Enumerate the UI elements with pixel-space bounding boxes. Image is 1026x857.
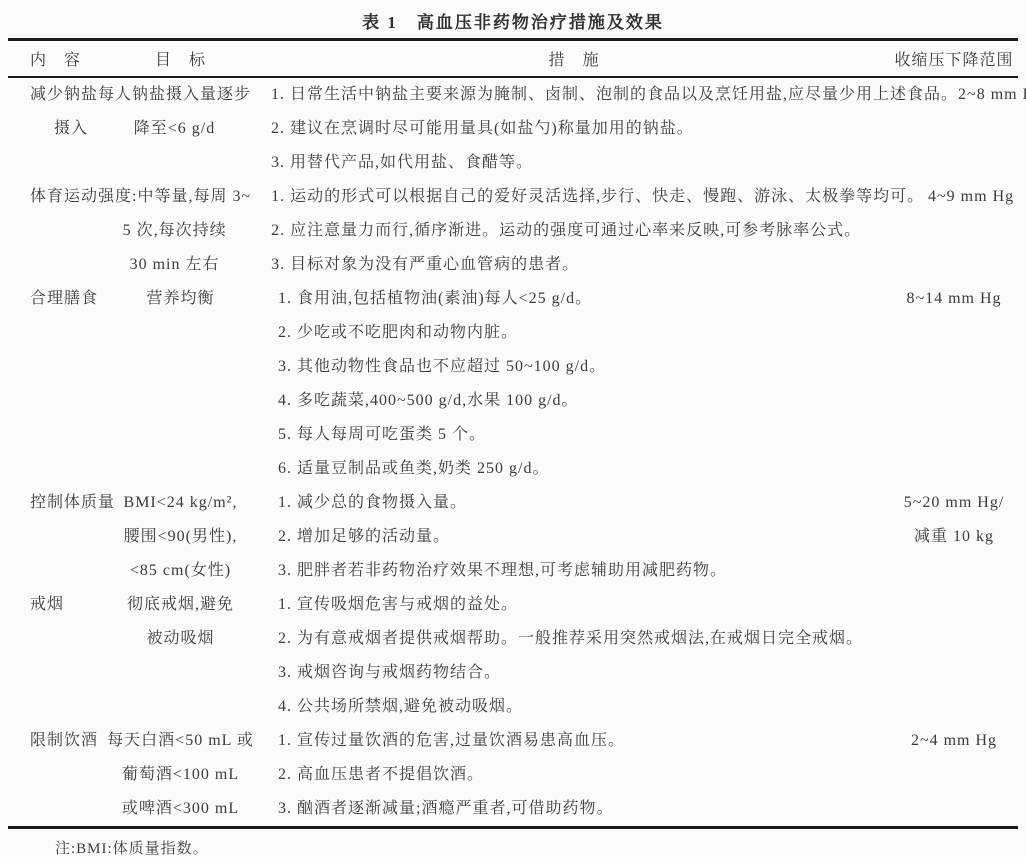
- measure-line: 3. 目标对象为没有严重心血管病的患者。: [251, 248, 924, 282]
- table-row: 限制饮酒每天白酒<50 mL 或葡萄酒<100 mL或啤酒<300 mL1. 宣…: [8, 724, 1018, 826]
- target-line: 5 次,每次持续: [98, 214, 251, 248]
- content-cell: 戒烟: [8, 588, 103, 724]
- header-content: 内 容: [8, 47, 103, 70]
- footnote: 注:BMI:体质量指数。: [0, 829, 1026, 857]
- measure-line: 1. 减少总的食物摄入量。: [258, 486, 890, 520]
- range-cell: 4~9 mm Hg: [924, 180, 1018, 282]
- measure-line: 3. 其他动物性食品也不应超过 50~100 g/d。: [258, 350, 890, 384]
- table-row: 戒烟彻底戒烟,避免被动吸烟1. 宣传吸烟危害与戒烟的益处。2. 为有意戒烟者提供…: [8, 588, 1018, 724]
- content-cell: 限制饮酒: [8, 724, 103, 826]
- target-line: 彻底戒烟,避免: [103, 588, 258, 622]
- measure-line: 1. 日常生活中钠盐主要来源为腌制、卤制、泡制的食品以及烹饪用盐,应尽量少用上述…: [251, 78, 958, 112]
- content-line: 限制饮酒: [20, 724, 103, 758]
- table-row: 体育运动强度:中等量,每周 3~5 次,每次持续30 min 左右1. 运动的形…: [8, 180, 1018, 282]
- measure-line: 2. 高血压患者不提倡饮酒。: [258, 758, 890, 792]
- content-line: 减少钠盐: [20, 78, 98, 112]
- measure-line: 3. 用替代产品,如代用盐、食醋等。: [251, 146, 958, 180]
- measures-cell: 1. 减少总的食物摄入量。2. 增加足够的活动量。3. 肥胖者若非药物治疗效果不…: [258, 486, 890, 588]
- table-row: 减少钠盐摄入每人钠盐摄入量逐步降至<6 g/d1. 日常生活中钠盐主要来源为腌制…: [8, 78, 1018, 180]
- measure-line: 2. 少吃或不吃肥肉和动物内脏。: [258, 316, 890, 350]
- table-row: 控制体质量BMI<24 kg/m²,腰围<90(男性),<85 cm(女性)1.…: [8, 486, 1018, 588]
- target-cell: 每人钠盐摄入量逐步降至<6 g/d: [98, 78, 251, 180]
- measures-cell: 1. 宣传吸烟危害与戒烟的益处。2. 为有意戒烟者提供戒烟帮助。一般推荐采用突然…: [258, 588, 890, 724]
- range-cell: [890, 588, 1018, 724]
- table-caption: 表 1 高血压非药物治疗措施及效果: [0, 0, 1026, 38]
- measure-line: 2. 增加足够的活动量。: [258, 520, 890, 554]
- header-range: 收缩压下降范围: [890, 47, 1018, 70]
- target-line: 或啤酒<300 mL: [103, 792, 258, 826]
- table-body: 减少钠盐摄入每人钠盐摄入量逐步降至<6 g/d1. 日常生活中钠盐主要来源为腌制…: [8, 78, 1018, 826]
- measure-line: 4. 公共场所禁烟,避免被动吸烟。: [258, 690, 890, 724]
- range-cell: 2~4 mm Hg: [890, 724, 1018, 826]
- measure-line: 3. 肥胖者若非药物治疗效果不理想,可考虑辅助用减肥药物。: [258, 554, 890, 588]
- target-line: 每天白酒<50 mL 或: [103, 724, 258, 758]
- range-line: 4~9 mm Hg: [924, 180, 1018, 214]
- target-line: 降至<6 g/d: [98, 112, 251, 146]
- range-line: 8~14 mm Hg: [890, 282, 1018, 316]
- table-row: 合理膳食营养均衡1. 食用油,包括植物油(素油)每人<25 g/d。2. 少吃或…: [8, 282, 1018, 486]
- range-line: 2~4 mm Hg: [890, 724, 1018, 758]
- hypertension-table: 内 容 目 标 措 施 收缩压下降范围 减少钠盐摄入每人钠盐摄入量逐步降至<6 …: [8, 38, 1018, 826]
- range-line: 5~20 mm Hg/: [890, 486, 1018, 520]
- target-line: 营养均衡: [103, 282, 258, 316]
- header-measures: 措 施: [258, 47, 890, 70]
- content-cell: 减少钠盐摄入: [8, 78, 98, 180]
- header-target: 目 标: [103, 47, 258, 70]
- target-cell: 强度:中等量,每周 3~5 次,每次持续30 min 左右: [98, 180, 251, 282]
- measures-cell: 1. 运动的形式可以根据自己的爱好灵活选择,步行、快走、慢跑、游泳、太极拳等均可…: [251, 180, 924, 282]
- content-line: 摄入: [20, 112, 98, 146]
- target-cell: 每天白酒<50 mL 或葡萄酒<100 mL或啤酒<300 mL: [103, 724, 258, 826]
- target-line: 被动吸烟: [103, 622, 258, 656]
- measure-line: 2. 建议在烹调时尽可能用量具(如盐勺)称量加用的钠盐。: [251, 112, 958, 146]
- measure-line: 1. 食用油,包括植物油(素油)每人<25 g/d。: [258, 282, 890, 316]
- measure-line: 4. 多吃蔬菜,400~500 g/d,水果 100 g/d。: [258, 384, 890, 418]
- content-cell: 控制体质量: [8, 486, 103, 588]
- target-cell: BMI<24 kg/m²,腰围<90(男性),<85 cm(女性): [103, 486, 258, 588]
- content-line: 体育运动: [20, 180, 98, 214]
- measure-line: 1. 宣传过量饮酒的危害,过量饮酒易患高血压。: [258, 724, 890, 758]
- measure-line: 2. 应注意量力而行,循序渐进。运动的强度可通过心率来反映,可参考脉率公式。: [251, 214, 924, 248]
- measure-line: 1. 宣传吸烟危害与戒烟的益处。: [258, 588, 890, 622]
- measures-cell: 1. 宣传过量饮酒的危害,过量饮酒易患高血压。2. 高血压患者不提倡饮酒。3. …: [258, 724, 890, 826]
- content-line: 合理膳食: [20, 282, 103, 316]
- target-line: 葡萄酒<100 mL: [103, 758, 258, 792]
- target-line: <85 cm(女性): [103, 554, 258, 588]
- target-line: 腰围<90(男性),: [103, 520, 258, 554]
- measure-line: 1. 运动的形式可以根据自己的爱好灵活选择,步行、快走、慢跑、游泳、太极拳等均可…: [251, 180, 924, 214]
- measures-cell: 1. 食用油,包括植物油(素油)每人<25 g/d。2. 少吃或不吃肥肉和动物内…: [258, 282, 890, 486]
- content-cell: 合理膳食: [8, 282, 103, 486]
- range-line: 2~8 mm Hg: [958, 78, 1026, 112]
- content-line: 戒烟: [20, 588, 103, 622]
- measure-line: 5. 每人每周可吃蛋类 5 个。: [258, 418, 890, 452]
- target-line: 30 min 左右: [98, 248, 251, 282]
- range-cell: 2~8 mm Hg: [958, 78, 1026, 180]
- measure-line: 2. 为有意戒烟者提供戒烟帮助。一般推荐采用突然戒烟法,在戒烟日完全戒烟。: [258, 622, 890, 656]
- target-line: 强度:中等量,每周 3~: [98, 180, 251, 214]
- range-line: 减重 10 kg: [890, 520, 1018, 554]
- content-line: 控制体质量: [20, 486, 103, 520]
- target-line: BMI<24 kg/m²,: [103, 486, 258, 520]
- table-header-row: 内 容 目 标 措 施 收缩压下降范围: [8, 38, 1018, 78]
- table-page: 表 1 高血压非药物治疗措施及效果 内 容 目 标 措 施 收缩压下降范围 减少…: [0, 0, 1026, 857]
- target-cell: 营养均衡: [103, 282, 258, 486]
- range-cell: 8~14 mm Hg: [890, 282, 1018, 486]
- measures-cell: 1. 日常生活中钠盐主要来源为腌制、卤制、泡制的食品以及烹饪用盐,应尽量少用上述…: [251, 78, 958, 180]
- target-line: 每人钠盐摄入量逐步: [98, 78, 251, 112]
- measure-line: 6. 适量豆制品或鱼类,奶类 250 g/d。: [258, 452, 890, 486]
- measure-line: 3. 酗酒者逐渐减量;酒瘾严重者,可借助药物。: [258, 792, 890, 826]
- content-cell: 体育运动: [8, 180, 98, 282]
- measure-line: 3. 戒烟咨询与戒烟药物结合。: [258, 656, 890, 690]
- target-cell: 彻底戒烟,避免被动吸烟: [103, 588, 258, 724]
- range-cell: 5~20 mm Hg/减重 10 kg: [890, 486, 1018, 588]
